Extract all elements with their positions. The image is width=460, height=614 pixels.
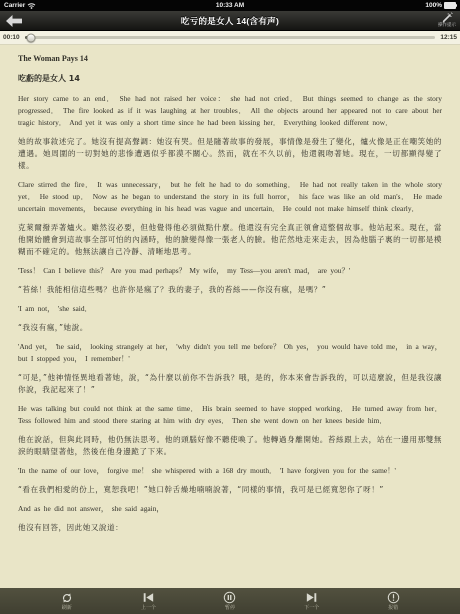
- duration-time: 12:15: [439, 34, 457, 41]
- paragraph-zh: 克萊爾撥弄著爐火。雖然沒必要，但他覺得他必須做點什麼。他還沒有完全真正領會這整個…: [18, 222, 442, 258]
- nav-bar: 吃亏的是女人 14(含有声) 操作提示: [0, 11, 460, 31]
- paragraph-zh: “可是，”他神情怪異地看著她，說，“為什麼以前你不告訴我？哦，是的，你本來會告訴…: [18, 372, 442, 396]
- paragraph-en: He was talking but could not think at th…: [18, 403, 442, 427]
- refresh-button[interactable]: 刷新: [50, 592, 84, 611]
- app-screen: 10:33 AM Carrier 100% 吃亏的是女人: [0, 0, 460, 614]
- audio-progress-bar: 00:10 12:15: [0, 31, 460, 45]
- progress-knob[interactable]: [26, 33, 35, 42]
- paragraph-en: 'And yet， 'he said， looking strangely at…: [18, 341, 442, 365]
- report-error-icon: [387, 592, 400, 604]
- paragraph-en: 'Tess！ Can I believe this？ Are you mad p…: [18, 265, 442, 277]
- status-time: 10:33 AM: [0, 2, 460, 9]
- paragraph-zh: “我沒有瘋，”她說。: [18, 322, 442, 334]
- status-bar: 10:33 AM Carrier 100%: [0, 0, 460, 11]
- paragraph-en: Her story came to an end． She had not ra…: [18, 93, 442, 129]
- paragraph-zh: 他沒有回答，因此她又說道：: [18, 522, 442, 534]
- elapsed-time: 00:10: [3, 34, 21, 41]
- report-error-button-label: 报错: [388, 605, 398, 611]
- chapter-title-english: The Woman Pays 14: [18, 52, 442, 65]
- pause-button-label: 暂停: [225, 605, 235, 611]
- back-arrow-icon: [6, 15, 23, 27]
- next-track-icon: [306, 592, 318, 604]
- paragraph-en: Clare stirred the fire． It was unnecessa…: [18, 179, 442, 215]
- progress-track[interactable]: [25, 36, 435, 39]
- report-error-button[interactable]: 报错: [376, 592, 410, 611]
- refresh-button-label: 刷新: [62, 605, 72, 611]
- previous-track-button[interactable]: 上一个: [131, 592, 165, 611]
- paragraph-zh: “苔絲！我能相信這些嗎？也許你是瘋了？我的妻子，我的苔絲——你沒有瘋，是嗎？”: [18, 284, 442, 296]
- next-track-button[interactable]: 下一个: [295, 592, 329, 611]
- previous-track-icon: [142, 592, 154, 604]
- paragraph-en: 'I am not， 'she said．: [18, 303, 442, 315]
- pause-icon: [223, 592, 236, 604]
- next-track-button-label: 下一个: [304, 605, 319, 611]
- paragraph-zh: 她的故事敘述完了。她沒有提高聲調：她沒有哭。但是隨著故事的發展，事情像是發生了變…: [18, 136, 442, 172]
- back-button[interactable]: [6, 14, 24, 27]
- paragraph-en: And as he did not answer， she said again…: [18, 503, 442, 515]
- player-toolbar: 刷新 上一个 暂停: [0, 588, 460, 614]
- battery-icon: [444, 2, 456, 9]
- tips-button-label: 操作提示: [438, 22, 456, 28]
- carrier-label: Carrier: [4, 2, 25, 9]
- paragraph-en: 'In the name of our love， forgive me！ sh…: [18, 465, 442, 477]
- pause-button[interactable]: 暂停: [213, 592, 247, 611]
- chapter-title-chinese: 吃虧的是女人 14: [18, 72, 442, 85]
- previous-track-button-label: 上一个: [141, 605, 156, 611]
- battery-percent: 100%: [425, 2, 442, 9]
- page-title: 吃亏的是女人 14(含有声): [40, 15, 420, 27]
- paragraph-zh: 他在說話，但與此同時，他仍無法思考。他的頭腦好像不聽使喚了。他轉過身離開她。苔絲…: [18, 434, 442, 458]
- wifi-icon: [27, 2, 36, 9]
- tips-button[interactable]: 操作提示: [438, 12, 456, 28]
- reading-area[interactable]: The Woman Pays 14 吃虧的是女人 14 Her story ca…: [0, 45, 460, 590]
- paragraph-zh: “看在我們相愛的份上，寬恕我吧！”她口幹舌燥地喃喃說著，“同樣的事情，我可是已經…: [18, 484, 442, 496]
- refresh-icon: [61, 592, 73, 604]
